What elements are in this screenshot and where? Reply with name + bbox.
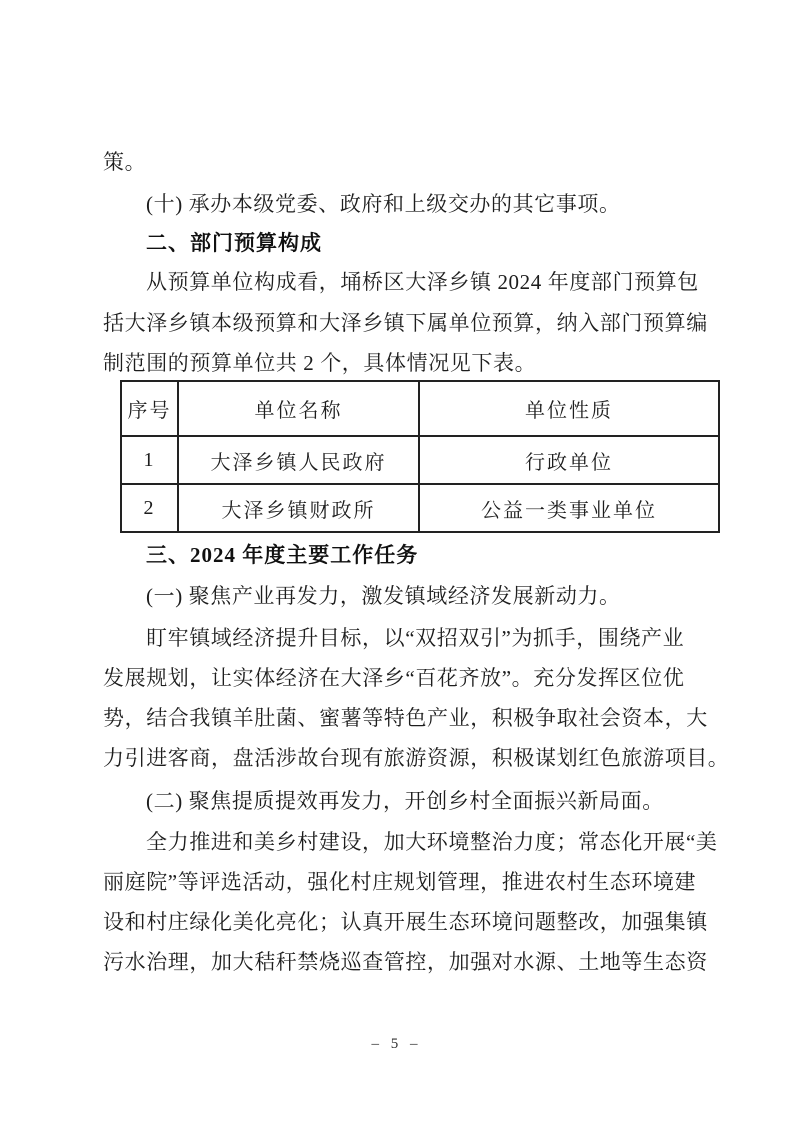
body-text-line: 发展规划，让实体经济在大泽乡“百花齐放”。充分发挥区位优 [103, 668, 684, 689]
table-cell-nature: 行政单位 [419, 436, 719, 484]
page-number: – 5 – [0, 1036, 793, 1053]
body-text-line: 括大泽乡镇本级预算和大泽乡镇下属单位预算，纳入部门预算编 [103, 313, 708, 334]
body-text-line: 力引进客商，盘活涉故台现有旅游资源，积极谋划红色旅游项目。 [103, 748, 729, 769]
body-text-line: 设和村庄绿化美化亮化；认真开展生态环境问题整改，加强集镇 [103, 912, 708, 933]
body-text-line: (一) 聚焦产业再发力，激发镇域经济发展新动力。 [146, 586, 621, 607]
body-text-line: 污水治理，加大秸秆禁烧巡查管控，加强对水源、土地等生态资 [103, 952, 708, 973]
document-page: 策。 (十) 承办本级党委、政府和上级交办的其它事项。 二、部门预算构成 从预算… [0, 0, 793, 1122]
table-cell-name: 大泽乡镇人民政府 [178, 436, 419, 484]
table-header-name: 单位名称 [178, 381, 419, 436]
body-text-line: 从预算单位构成看，埇桥区大泽乡镇 2024 年度部门预算包 [146, 272, 699, 293]
section-heading-work-tasks: 三、2024 年度主要工作任务 [146, 545, 418, 566]
body-text-line: 制范围的预算单位共 2 个，具体情况见下表。 [103, 353, 536, 374]
body-text-line: 全力推进和美乡村建设，加大环境整治力度；常态化开展“美 [146, 832, 718, 853]
body-text-line: (二) 聚焦提质提效再发力，开创乡村全面振兴新局面。 [146, 791, 664, 812]
table-cell-nature: 公益一类事业单位 [419, 484, 719, 532]
body-text-line: 丽庭院”等评选活动，强化村庄规划管理，推进农村生态环境建 [103, 872, 696, 893]
table-row: 1 大泽乡镇人民政府 行政单位 [121, 436, 719, 484]
body-text-line: 盯牢镇域经济提升目标，以“双招双引”为抓手，围绕产业 [146, 628, 684, 649]
table-row: 2 大泽乡镇财政所 公益一类事业单位 [121, 484, 719, 532]
table-cell-name: 大泽乡镇财政所 [178, 484, 419, 532]
table-header-seq: 序号 [121, 381, 178, 436]
table-header-nature: 单位性质 [419, 381, 719, 436]
table-cell-seq: 1 [121, 436, 178, 484]
body-text-line: (十) 承办本级党委、政府和上级交办的其它事项。 [146, 194, 621, 215]
body-text-line: 势，结合我镇羊肚菌、蜜薯等特色产业，积极争取社会资本，大 [103, 708, 708, 729]
table-cell-seq: 2 [121, 484, 178, 532]
table-header-row: 序号 单位名称 单位性质 [121, 381, 719, 436]
section-heading-budget-composition: 二、部门预算构成 [146, 233, 322, 254]
body-text-line: 策。 [103, 152, 146, 173]
budget-units-table: 序号 单位名称 单位性质 1 大泽乡镇人民政府 行政单位 2 大泽乡镇财政所 公… [120, 380, 720, 533]
